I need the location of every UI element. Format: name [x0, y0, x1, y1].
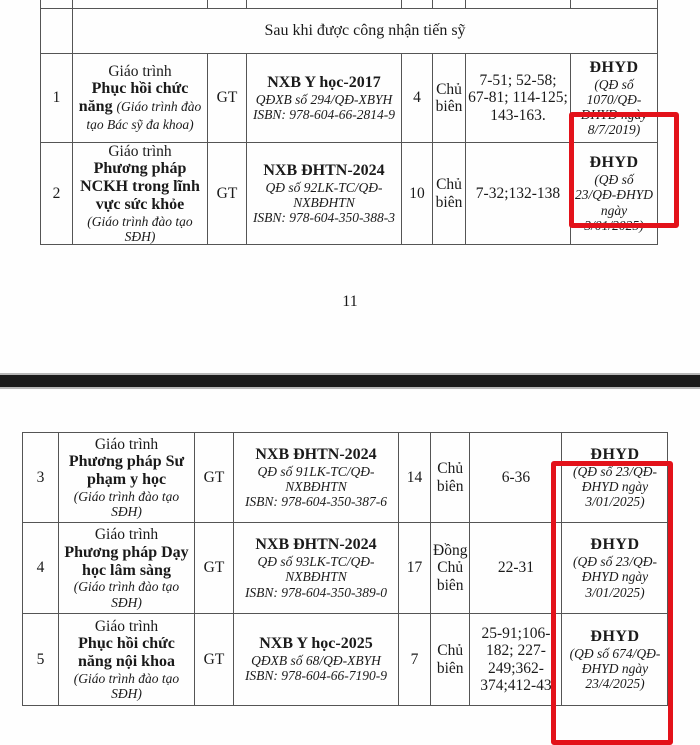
textbook-table-top: Sau khi được công nhận tiến sỹ 1 Giáo tr…	[40, 0, 658, 245]
unit-cell: ĐHYD (QĐ số 23/QĐ-ĐHYD ngày 3/01/2025)	[562, 523, 668, 614]
row-number: 3	[23, 433, 59, 523]
page-range: 25-91;106-182; 227-249;362-374;412-43	[470, 614, 562, 706]
publisher-name: NXB ĐHTN-2024	[249, 162, 399, 180]
page-separator	[0, 373, 700, 389]
row-number: 5	[23, 614, 59, 706]
unit-name: ĐHYD	[564, 536, 665, 554]
book-cell: Giáo trình Phương pháp Sư phạm y học (Gi…	[59, 433, 195, 523]
publisher-name: NXB Y học-2025	[236, 635, 396, 653]
book-label: Giáo trình	[61, 526, 192, 543]
publisher-decision: QĐXB số 294/QĐ-XBYH	[249, 92, 399, 107]
page-range: 6-36	[470, 433, 562, 523]
previous-row-tail	[41, 0, 658, 9]
book-title: Phương pháp NCKH trong lĩnh vực sức khỏe	[80, 160, 200, 213]
book-type: GT	[208, 143, 247, 245]
document-page-top: Sau khi được công nhận tiến sỹ 1 Giáo tr…	[0, 0, 700, 373]
unit-decision: (QĐ số 23/QĐ-ĐHYD ngày 3/01/2025)	[564, 464, 665, 509]
book-cell: Giáo trình Phục hồi chức năng nội khoa (…	[59, 614, 195, 706]
book-cell: Giáo trình Phương pháp Dạy học lâm sàng …	[59, 523, 195, 614]
book-note: (Giáo trình đào tạo SĐH)	[61, 489, 192, 519]
document-page-bottom: 3 Giáo trình Phương pháp Sư phạm y học (…	[0, 389, 700, 745]
author-count: 14	[399, 433, 431, 523]
book-note: (Giáo trình đào tạo SĐH)	[61, 671, 192, 701]
book-title: Phục hồi chức năng nội khoa	[78, 635, 175, 670]
publisher-decision: QĐ số 93LK-TC/QĐ-NXBĐHTN	[236, 554, 396, 584]
section-heading: Sau khi được công nhận tiến sỹ	[73, 9, 658, 54]
row-number: 2	[41, 143, 73, 245]
table-row: 1 Giáo trình Phục hồi chức năng (Giáo tr…	[41, 54, 658, 143]
publisher-cell: NXB ĐHTN-2024 QĐ số 91LK-TC/QĐ-NXBĐHTN I…	[234, 433, 399, 523]
publisher-decision: QĐ số 92LK-TC/QĐ-NXBĐHTN	[249, 180, 399, 210]
unit-cell: ĐHYD (QĐ số 23/QĐ-ĐHYD ngày 3/01/2025)	[571, 143, 658, 245]
unit-name: ĐHYD	[564, 628, 665, 646]
book-label: Giáo trình	[75, 143, 205, 160]
table-row: 5 Giáo trình Phục hồi chức năng nội khoa…	[23, 614, 668, 706]
isbn: ISBN: 978-604-66-7190-9	[236, 668, 396, 683]
book-label: Giáo trình	[61, 436, 192, 453]
publisher-name: NXB ĐHTN-2024	[236, 536, 396, 554]
unit-name: ĐHYD	[573, 154, 655, 172]
book-type: GT	[195, 433, 234, 523]
row-number: 4	[23, 523, 59, 614]
page-range: 7-32;132-138	[466, 143, 571, 245]
author-role: Chủ biên	[433, 143, 466, 245]
author-count: 17	[399, 523, 431, 614]
book-type: GT	[208, 54, 247, 143]
author-role: Đồng Chủ biên	[431, 523, 470, 614]
page-number: 11	[0, 293, 700, 311]
publisher-cell: NXB Y học-2025 QĐXB số 68/QĐ-XBYH ISBN: …	[234, 614, 399, 706]
unit-cell: ĐHYD (QĐ số 23/QĐ-ĐHYD ngày 3/01/2025)	[562, 433, 668, 523]
author-count: 7	[399, 614, 431, 706]
table-row: 2 Giáo trình Phương pháp NCKH trong lĩnh…	[41, 143, 658, 245]
unit-name: ĐHYD	[573, 59, 655, 77]
book-cell: Giáo trình Phương pháp NCKH trong lĩnh v…	[73, 143, 208, 245]
book-title: Phương pháp Dạy học lâm sàng	[64, 544, 188, 579]
publisher-name: NXB Y học-2017	[249, 74, 399, 92]
unit-decision: (QĐ số 674/QĐ-ĐHYD ngày 23/4/2025)	[564, 646, 665, 691]
unit-decision: (QĐ số 1070/QĐ-ĐHYD ngày 8/7/2019)	[573, 77, 655, 137]
author-role: Chủ biên	[433, 54, 466, 143]
table-row: 3 Giáo trình Phương pháp Sư phạm y học (…	[23, 433, 668, 523]
row-number: 1	[41, 54, 73, 143]
page-range: 7-51; 52-58; 67-81; 114-125; 143-163.	[466, 54, 571, 143]
book-title: Phương pháp Sư phạm y học	[69, 453, 184, 488]
unit-decision: (QĐ số 23/QĐ-ĐHYD ngày 3/01/2025)	[573, 172, 655, 232]
book-label: Giáo trình	[61, 618, 192, 635]
publisher-cell: NXB Y học-2017 QĐXB số 294/QĐ-XBYH ISBN:…	[247, 54, 402, 143]
textbook-table-bottom: 3 Giáo trình Phương pháp Sư phạm y học (…	[22, 432, 668, 706]
isbn: ISBN: 978-604-350-389-0	[236, 585, 396, 600]
unit-cell: ĐHYD (QĐ số 1070/QĐ-ĐHYD ngày 8/7/2019)	[571, 54, 658, 143]
book-type: GT	[195, 614, 234, 706]
section-heading-row: Sau khi được công nhận tiến sỹ	[41, 9, 658, 54]
unit-cell: ĐHYD (QĐ số 674/QĐ-ĐHYD ngày 23/4/2025)	[562, 614, 668, 706]
isbn: ISBN: 978-604-66-2814-9	[249, 107, 399, 122]
book-note: (Giáo trình đào tạo SĐH)	[75, 214, 205, 244]
author-role: Chủ biên	[431, 433, 470, 523]
unit-name: ĐHYD	[564, 446, 665, 464]
author-count: 10	[402, 143, 433, 245]
publisher-cell: NXB ĐHTN-2024 QĐ số 93LK-TC/QĐ-NXBĐHTN I…	[234, 523, 399, 614]
page-range: 22-31	[470, 523, 562, 614]
isbn: ISBN: 978-604-350-387-6	[236, 494, 396, 509]
book-note: (Giáo trình đào tạo SĐH)	[61, 579, 192, 609]
unit-decision: (QĐ số 23/QĐ-ĐHYD ngày 3/01/2025)	[564, 554, 665, 599]
publisher-decision: QĐ số 91LK-TC/QĐ-NXBĐHTN	[236, 464, 396, 494]
publisher-cell: NXB ĐHTN-2024 QĐ số 92LK-TC/QĐ-NXBĐHTN I…	[247, 143, 402, 245]
publisher-name: NXB ĐHTN-2024	[236, 446, 396, 464]
isbn: ISBN: 978-604-350-388-3	[249, 210, 399, 225]
table-row: 4 Giáo trình Phương pháp Dạy học lâm sàn…	[23, 523, 668, 614]
book-label: Giáo trình	[75, 63, 205, 80]
book-type: GT	[195, 523, 234, 614]
author-count: 4	[402, 54, 433, 143]
publisher-decision: QĐXB số 68/QĐ-XBYH	[236, 653, 396, 668]
book-cell: Giáo trình Phục hồi chức năng (Giáo trìn…	[73, 54, 208, 143]
author-role: Chủ biên	[431, 614, 470, 706]
